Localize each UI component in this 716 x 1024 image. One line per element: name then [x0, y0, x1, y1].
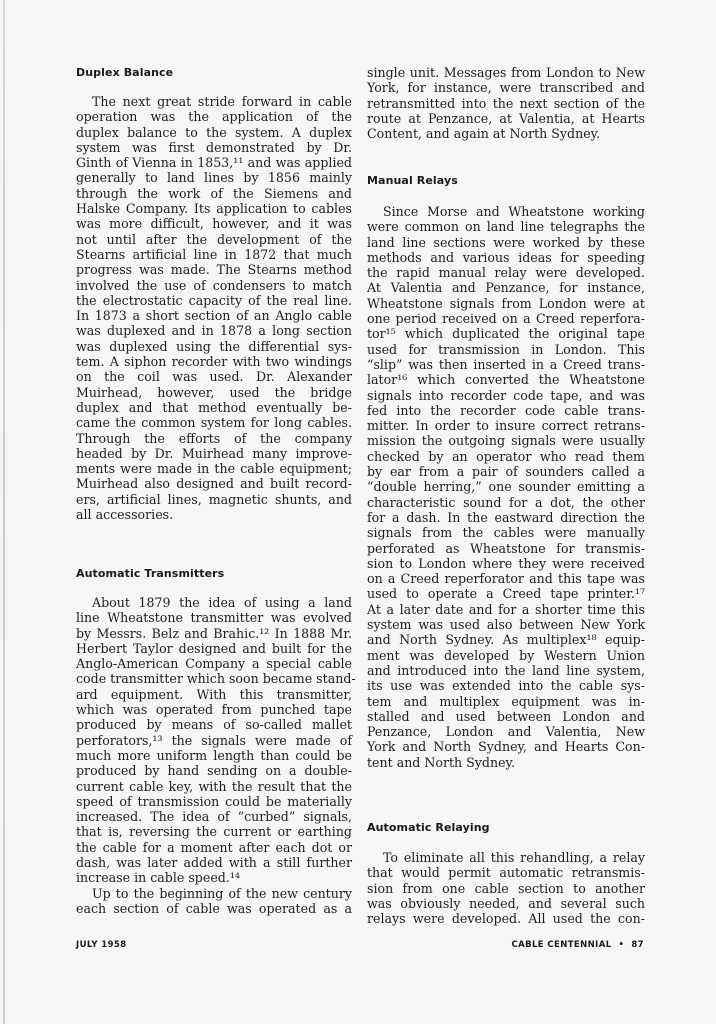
- text-line: increased. The idea of “curbed” signals,: [76, 809, 352, 824]
- heading-manual-relays: Manual Relays: [367, 174, 458, 187]
- text-line: retransmitted into the next section of t…: [367, 96, 645, 111]
- text-line: At Valentia and Penzance, for instance,: [367, 280, 645, 295]
- text-line: signals from the cables were manually: [367, 525, 645, 540]
- text-line: produced by means of so-called mallet: [76, 717, 352, 732]
- footer-publication-title: CABLE CENTENNIAL: [511, 940, 611, 950]
- text-line: which was operated from punched tape: [76, 702, 352, 717]
- page-number: 87: [631, 940, 644, 950]
- text-line: Since Morse and Wheatstone working: [367, 204, 645, 219]
- text-line: Anglo-American Company a special cable: [76, 656, 352, 671]
- text-line: was more difficult, however, and it was: [76, 216, 352, 231]
- text-line: Herbert Taylor designed and built for th…: [76, 641, 352, 656]
- text-line: Up to the beginning of the new century: [76, 886, 352, 901]
- text-line: duplex and that method eventually be-: [76, 400, 352, 415]
- text-line: not until after the development of the: [76, 232, 352, 247]
- page-edge: [3, 0, 5, 1024]
- text-line: all accessories.: [76, 507, 352, 522]
- text-line: was duplexed and in 1878 a long section: [76, 323, 352, 338]
- text-line: dash, was later added with a still furth…: [76, 855, 352, 870]
- footer-running-title: CABLE CENTENNIAL•87: [511, 940, 644, 950]
- text-line: single unit. Messages from London to New: [367, 65, 645, 80]
- text-line: and introduced into the land line system…: [367, 663, 645, 678]
- text-line: At a later date and for a shorter time t…: [367, 602, 645, 617]
- text-line: Content, and again at North Sydney.: [367, 126, 645, 141]
- heading-automatic-transmitters: Automatic Transmitters: [76, 567, 224, 580]
- text-line: sion to London where they were received: [367, 556, 645, 571]
- text-line: generally to land lines by 1856 mainly: [76, 170, 352, 185]
- text-line: signals into recorder code tape, and was: [367, 388, 645, 403]
- text-line: operation was the application of the: [76, 109, 352, 124]
- text-line: “double herring,” one sounder emitting a: [367, 479, 645, 494]
- text-line: one period received on a Creed reperfora…: [367, 311, 645, 326]
- text-line: perforators,¹³ the signals were made of: [76, 733, 352, 748]
- text-line: for a dash. In the eastward direction th…: [367, 510, 645, 525]
- text-line: perforated as Wheatstone for transmis-: [367, 541, 645, 556]
- heading-duplex-balance: Duplex Balance: [76, 66, 173, 79]
- text-line: checked by an operator who read them: [367, 449, 645, 464]
- text-line: by ear from a pair of sounders called a: [367, 464, 645, 479]
- text-line: were common on land line telegraphs the: [367, 219, 645, 234]
- text-line: “slip” was then inserted in a Creed tran…: [367, 357, 645, 372]
- text-line: In 1873 a short section of an Anglo cabl…: [76, 308, 352, 323]
- text-line: Ginth of Vienna in 1853,¹¹ and was appli…: [76, 155, 352, 170]
- text-line: route at Penzance, at Valentia, at Heart…: [367, 111, 645, 126]
- text-line: much more uniform length than could be: [76, 748, 352, 763]
- text-line: line Wheatstone transmitter was evolved: [76, 610, 352, 625]
- text-line: mission the outgoing signals were usuall…: [367, 433, 645, 448]
- text-line: the cable for a moment after each dot or: [76, 840, 352, 855]
- text-line: York and North Sydney, and Hearts Con-: [367, 739, 645, 754]
- text-line: Stearns artificial line in 1872 that muc…: [76, 247, 352, 262]
- text-line: methods and various ideas for speeding: [367, 250, 645, 265]
- text-line: duplex balance to the system. A duplex: [76, 125, 352, 140]
- paragraph-manual-relays: Since Morse and Wheatstone workingwere c…: [367, 204, 645, 770]
- text-line: Penzance, London and Valentia, New: [367, 724, 645, 739]
- text-line: and North Sydney. As multiplex¹⁸ equip-: [367, 632, 645, 647]
- text-line: Through the efforts of the company: [76, 431, 352, 446]
- text-line: tent and North Sydney.: [367, 755, 645, 770]
- text-line: on the coil was used. Dr. Alexander: [76, 369, 352, 384]
- paragraph-automatic-transmitters-1: About 1879 the idea of using a landline …: [76, 595, 352, 886]
- text-line: relays were developed. All used the con-: [367, 911, 645, 926]
- text-line: land line sections were worked by these: [367, 235, 645, 250]
- text-line: used for transmission in London. This: [367, 342, 645, 357]
- text-line: through the work of the Siemens and: [76, 186, 352, 201]
- text-line: characteristic sound for a dot, the othe…: [367, 495, 645, 510]
- text-line: used to operate a Creed tape printer.¹⁷: [367, 586, 645, 601]
- text-line: mitter. In order to insure correct retra…: [367, 418, 645, 433]
- footer-separator: •: [619, 940, 625, 950]
- heading-automatic-relaying: Automatic Relaying: [367, 821, 490, 834]
- text-line: ment was developed by Western Union: [367, 648, 645, 663]
- text-line: ers, artificial lines, magnetic shunts, …: [76, 492, 352, 507]
- text-line: To eliminate all this rehandling, a rela…: [367, 850, 645, 865]
- text-line: speed of transmission could be materiall…: [76, 794, 352, 809]
- text-line: Muirhead also designed and built record-: [76, 476, 352, 491]
- text-line: increase in cable speed.¹⁴: [76, 870, 352, 885]
- text-line: The next great stride forward in cable: [76, 94, 352, 109]
- footer-date: JULY 1958: [76, 940, 127, 950]
- text-line: current cable key, with the result that …: [76, 779, 352, 794]
- text-line: that is, reversing the current or earthi…: [76, 824, 352, 839]
- text-line: About 1879 the idea of using a land: [76, 595, 352, 610]
- text-line: lator¹⁶ which converted the Wheatstone: [367, 372, 645, 387]
- text-line: Halske Company. Its application to cable…: [76, 201, 352, 216]
- text-line: tem. A siphon recorder with two windings: [76, 354, 352, 369]
- paragraph-automatic-relaying: To eliminate all this rehandling, a rela…: [367, 850, 645, 926]
- text-line: Muirhead, however, used the bridge: [76, 385, 352, 400]
- text-line: was duplexed using the differential sys-: [76, 339, 352, 354]
- text-line: was obviously needed, and several such: [367, 896, 645, 911]
- paragraph-automatic-transmitters-2: Up to the beginning of the new centuryea…: [76, 886, 352, 917]
- text-line: progress was made. The Stearns method: [76, 262, 352, 277]
- text-line: involved the use of condensers to match: [76, 278, 352, 293]
- paragraph-continuation: single unit. Messages from London to New…: [367, 65, 645, 141]
- text-line: sion from one cable section to another: [367, 881, 645, 896]
- text-line: that would permit automatic retransmis-: [367, 865, 645, 880]
- text-line: fed into the recorder code cable trans-: [367, 403, 645, 418]
- text-line: Wheatstone signals from London were at: [367, 296, 645, 311]
- text-line: tem and multiplex equipment was in-: [367, 694, 645, 709]
- text-line: tor¹⁵ which duplicated the original tape: [367, 326, 645, 341]
- text-line: York, for instance, were transcribed and: [367, 80, 645, 95]
- text-line: system was used also between New York: [367, 617, 645, 632]
- text-line: ments were made in the cable equipment;: [76, 461, 352, 476]
- text-line: headed by Dr. Muirhead many improve-: [76, 446, 352, 461]
- text-line: produced by hand sending on a double-: [76, 763, 352, 778]
- text-line: came the common system for long cables.: [76, 415, 352, 430]
- text-line: code transmitter which soon became stand…: [76, 671, 352, 686]
- text-line: its use was extended into the cable sys-: [367, 678, 645, 693]
- text-line: by Messrs. Belz and Brahic.¹² In 1888 Mr…: [76, 626, 352, 641]
- text-line: ard equipment. With this transmitter,: [76, 687, 352, 702]
- text-line: each section of cable was operated as a: [76, 901, 352, 916]
- text-line: on a Creed reperforator and this tape wa…: [367, 571, 645, 586]
- paragraph-duplex-balance: The next great stride forward in cableop…: [76, 94, 352, 522]
- text-line: stalled and used between London and: [367, 709, 645, 724]
- text-line: the rapid manual relay were developed.: [367, 265, 645, 280]
- text-line: system was first demonstrated by Dr.: [76, 140, 352, 155]
- text-line: the electrostatic capacity of the real l…: [76, 293, 352, 308]
